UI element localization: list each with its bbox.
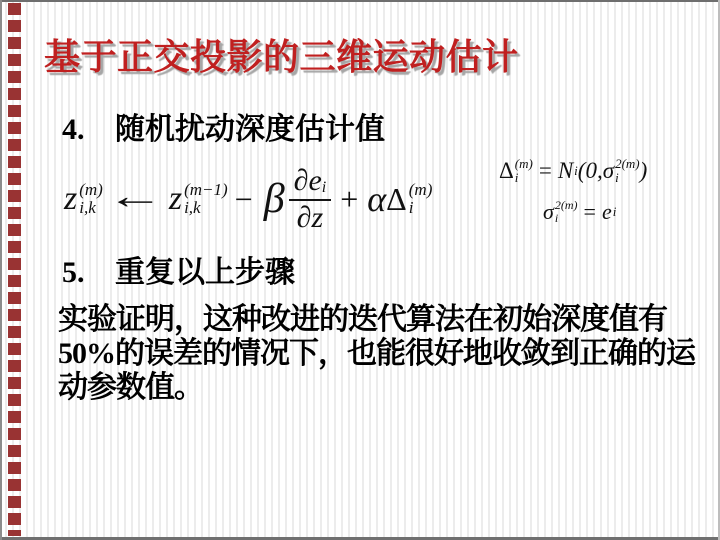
list-item-5: 5.重复以上步骤 — [62, 255, 295, 291]
z-sub: i,k — [79, 199, 96, 217]
sigma-sup: 2(m) — [615, 157, 640, 171]
delta-scripts: (m) i — [515, 157, 533, 184]
delta-symbol: Δ — [499, 158, 514, 184]
item-4-number: 4. — [62, 112, 115, 148]
left-arrow-icon: ← — [106, 175, 164, 217]
presentation-slide: 基于正交投影的三维运动估计 4.随机扰动深度估计值 z (m) i,k ← z … — [0, 0, 720, 540]
delta-sup: (m) — [515, 157, 533, 171]
rhs-z-term: z (m−1) i,k — [169, 180, 228, 218]
sigma-symbol: σ — [603, 158, 614, 184]
fraction-denominator: ∂z — [292, 202, 329, 234]
z-base: z — [64, 180, 77, 218]
conclusion-paragraph: 实验证明，这种改进的迭代算法在初始深度值有 50%的误差的情况下，也能很好地收敛… — [58, 303, 683, 405]
partial-e: ∂e — [294, 165, 322, 197]
sigma-sup: 2(m) — [555, 199, 578, 212]
z-sub: i,k — [184, 199, 201, 217]
slide-title: 基于正交投影的三维运动估计 — [44, 36, 684, 78]
slide-border-left — [0, 0, 2, 540]
equals-operator: = — [584, 199, 596, 225]
normal-dist-symbol: N — [558, 158, 573, 184]
z-sup: (m−1) — [184, 181, 228, 199]
alpha-symbol: α — [367, 178, 386, 220]
equals-operator: = — [539, 158, 552, 184]
item-5-number: 5. — [62, 255, 115, 291]
item-4-text: 随机扰动深度估计值 — [115, 113, 385, 146]
z-scripts: (m−1) i,k — [184, 181, 228, 217]
numerator-sub: i — [322, 180, 326, 197]
delta-sup: (m) — [409, 181, 433, 199]
beta-symbol: β — [264, 175, 285, 223]
z-base: z — [169, 180, 182, 218]
item-5-text: 重复以上步骤 — [115, 256, 295, 289]
delta-sub: i — [515, 171, 519, 185]
paragraph-line-2: 50%的误差的情况下，也能很好地收敛到正确的运 — [58, 337, 683, 371]
slide-border-top — [0, 0, 720, 2]
paragraph-line-3: 动参数值。 — [58, 371, 683, 405]
open-paren-zero: (0, — [578, 158, 603, 184]
lhs-z-term: z (m) i,k — [64, 180, 103, 218]
left-accent-squares — [8, 3, 21, 536]
sigma-scripts: 2(m) i — [555, 199, 578, 224]
sigma-scripts: 2(m) i — [615, 157, 640, 184]
minus-operator: − — [235, 181, 253, 218]
sigma-sub: i — [555, 212, 558, 225]
sigma-sub: i — [615, 171, 619, 185]
formula-variance: σ 2(m) i = e i — [543, 194, 616, 230]
e-sub: i — [613, 204, 617, 220]
alpha-delta-term: α Δ (m) i — [365, 178, 432, 220]
list-item-4: 4.随机扰动深度估计值 — [62, 112, 385, 148]
delta-symbol: Δ — [386, 181, 407, 218]
fraction-numerator: ∂e i — [289, 165, 332, 197]
plus-operator: + — [340, 181, 358, 218]
delta-scripts: (m) i — [409, 181, 433, 217]
close-paren: ) — [640, 158, 648, 184]
sigma-symbol: σ — [543, 199, 554, 225]
z-scripts: (m) i,k — [79, 181, 103, 217]
e-symbol: e — [602, 199, 612, 225]
paragraph-line-1: 实验证明，这种改进的迭代算法在初始深度值有 — [58, 303, 683, 337]
z-sup: (m) — [79, 181, 103, 199]
partial-derivative-fraction: ∂e i ∂z — [289, 165, 332, 233]
formula-noise-distribution: Δ (m) i = N i (0, σ 2(m) i ) — [499, 150, 647, 192]
delta-sub: i — [409, 199, 414, 217]
formula-depth-update: z (m) i,k ← z (m−1) i,k − β ∂e i ∂z + α — [64, 154, 432, 244]
